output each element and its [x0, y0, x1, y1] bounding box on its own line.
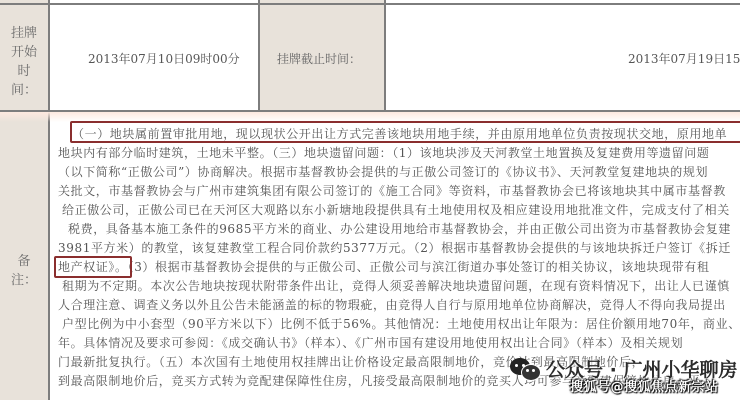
remarks-line: 租期为不定期。本次公告地块按现状附带条件出让，竞得人须妥善解决地块遗留问题，在现… — [62, 276, 730, 297]
end-time-label: 挂牌截止时间： — [277, 50, 361, 67]
start-time-value: 2013年07月10日09时00分 — [88, 50, 240, 67]
grid-line — [48, 0, 50, 400]
remarks-line: 年。具体情况及要求可参阅：《成交确认书》（样本）、《广州市国有建设用地使用权出让… — [58, 333, 683, 354]
grid-line — [384, 0, 386, 112]
highlight-box-clause-1 — [70, 121, 740, 143]
remarks-line: 3981平方米）的教堂，该复建教堂工程合同价款约5377万元。（2）根据市基督教… — [58, 238, 731, 259]
end-time-value: 2013年07月19日15时 — [628, 50, 740, 67]
remarks-label-cell: 备 注： — [0, 112, 50, 400]
start-time-label: 挂牌 开始 时 间： — [8, 24, 40, 100]
highlight-box-property-cert — [54, 256, 132, 278]
remarks-line: （以下简称“正傲公司”）协商解决。根据市基督教协会提供的与正傲公司签订的《协议书… — [58, 162, 708, 183]
remarks-line: 地产权证》。（3）根据市基督教协会提供的与正傲公司、正傲公司与滨江街道办事处签订… — [58, 257, 709, 278]
remarks-line: 人合理注意、调查义务以外且公告未能涵盖的标的物瑕疵，由竞得人自行与原用地单位协商… — [58, 295, 726, 316]
wechat-icon — [510, 356, 540, 380]
remarks-line: 税费，具备基本施工条件的9685平方米的商业、办公建设用地给市基督教协会，并由正… — [68, 219, 731, 240]
start-time-label-cell: 挂牌 开始 时 间： — [0, 0, 50, 112]
remarks-line: 给正傲公司，正傲公司已在天河区大观路以东小新塘地段提供具有土地使用权及相应建设用… — [62, 200, 730, 221]
remarks-line: 户型比例为中小套型（90平方米以下）比例不低于56%。其他情况：土地使用权出让年… — [62, 314, 740, 335]
remarks-line: 地块内有部分临时建筑，土地未平整。（三）地块遗留问题：（1）该地块涉及天河教堂土… — [58, 143, 709, 164]
grid-line — [0, 3, 740, 5]
grid-line — [258, 0, 260, 112]
sohu-watermark: 搜狐号@搜狐焦点新宗站 — [570, 376, 719, 395]
remarks-label: 备 注： — [8, 252, 40, 290]
remarks-line: 关批文，市基督教协会与广州市建筑集团有限公司签订的《施工合同》等资料，市基督教协… — [58, 181, 726, 202]
